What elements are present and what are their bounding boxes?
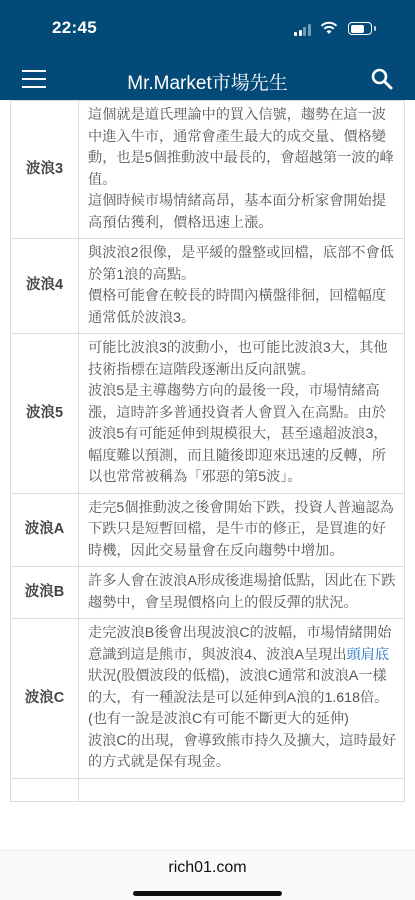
wave-description: 許多人會在波浪A形成後進場搶低點，因此在下跌趨勢中，會呈現價格向上的假反彈的狀況… [79,567,405,619]
paragraph: 與波浪2很像，是平緩的盤整或回檔，底部不會低於第1浪的高點。 [88,243,398,286]
search-icon[interactable] [370,67,394,91]
wave-description: 可能比波浪3的波動小，也可能比波浪3大，其他技術指標在這階段逐漸出反向訊號。波浪… [79,334,405,494]
app-header: 22:45 Mr.Market市場先生 [0,0,415,100]
status-bar: 22:45 [0,16,415,40]
wave-label: 波浪4 [11,239,79,334]
paragraph: 波浪5是主導趨勢方向的最後一段，市場情緒高漲，這時許多普通投資者人會買入在高點。… [88,381,398,489]
battery-icon [348,22,372,35]
wave-description: 走完波浪B後會出現波浪C的波幅，市場情緒開始意識到這是熊市，與波浪4、波浪A呈現… [79,619,405,779]
paragraph: 走完波浪B後會出現波浪C的波幅，市場情緒開始意識到這是熊市，與波浪4、波浪A呈現… [88,623,398,731]
article-content: 波浪3 這個就是道氏理論中的買入信號，趨勢在這一波中進入牛市，通常會產生最大的成… [10,100,405,802]
table-row: 波浪4 與波浪2很像，是平緩的盤整或回檔，底部不會低於第1浪的高點。價格可能會在… [11,239,405,334]
paragraph: 價格可能會在較長的時間內橫盤徘徊，回檔幅度通常低於波浪3。 [88,286,398,329]
table-row [11,778,405,801]
paragraph: 這個就是道氏理論中的買入信號，趨勢在這一波中進入牛市，通常會產生最大的成交量、價… [88,105,398,191]
site-title[interactable]: Mr.Market市場先生 [0,68,415,95]
elliott-wave-table: 波浪3 這個就是道氏理論中的買入信號，趨勢在這一波中進入牛市，通常會產生最大的成… [10,100,405,802]
head-and-shoulders-bottom-link[interactable]: 頭肩底 [347,647,390,663]
wave-label: 波浪B [11,567,79,619]
paragraph: 走完5個推動波之後會開始下跌，投資人普遍認為下跌只是短暫回檔，是牛市的修正，是買… [88,498,398,563]
table-row: 波浪B 許多人會在波浪A形成後進場搶低點，因此在下跌趨勢中，會呈現價格向上的假反… [11,567,405,619]
paragraph: 波浪C的出現，會導致熊市持久及擴大，這時最好的方式就是保有現金。 [88,731,398,774]
wave-label: 波浪5 [11,334,79,494]
table-row: 波浪3 這個就是道氏理論中的買入信號，趨勢在這一波中進入牛市，通常會產生最大的成… [11,101,405,239]
table-row: 波浪C 走完波浪B後會出現波浪C的波幅，市場情緒開始意識到這是熊市，與波浪4、波… [11,619,405,779]
wave-label: 波浪C [11,619,79,779]
url-display[interactable]: rich01.com [0,859,415,877]
paragraph: 許多人會在波浪A形成後進場搶低點，因此在下跌趨勢中，會呈現價格向上的假反彈的狀況… [88,571,398,614]
table-row: 波浪A 走完5個推動波之後會開始下跌，投資人普遍認為下跌只是短暫回檔，是牛市的修… [11,493,405,567]
wave-label: 波浪3 [11,101,79,239]
wave-description: 走完5個推動波之後會開始下跌，投資人普遍認為下跌只是短暫回檔，是牛市的修正，是買… [79,493,405,567]
paragraph: 可能比波浪3的波動小，也可能比波浪3大，其他技術指標在這階段逐漸出反向訊號。 [88,338,398,381]
wave-description: 與波浪2很像，是平緩的盤整或回檔，底部不會低於第1浪的高點。價格可能會在較長的時… [79,239,405,334]
browser-bottom-bar: rich01.com [0,850,415,900]
table-row: 波浪5 可能比波浪3的波動小，也可能比波浪3大，其他技術指標在這階段逐漸出反向訊… [11,334,405,494]
paragraph: 這個時候市場情緒高昂，基本面分析家會開始提高預估獲利，價格迅速上漲。 [88,191,398,234]
cellular-signal-icon [294,24,312,36]
status-time: 22:45 [52,18,97,38]
wave-label: 波浪A [11,493,79,567]
wave-description: 這個就是道氏理論中的買入信號，趨勢在這一波中進入牛市，通常會產生最大的成交量、價… [79,101,405,239]
wifi-icon [320,21,338,35]
navbar: Mr.Market市場先生 [0,60,415,98]
home-indicator[interactable] [133,891,282,896]
